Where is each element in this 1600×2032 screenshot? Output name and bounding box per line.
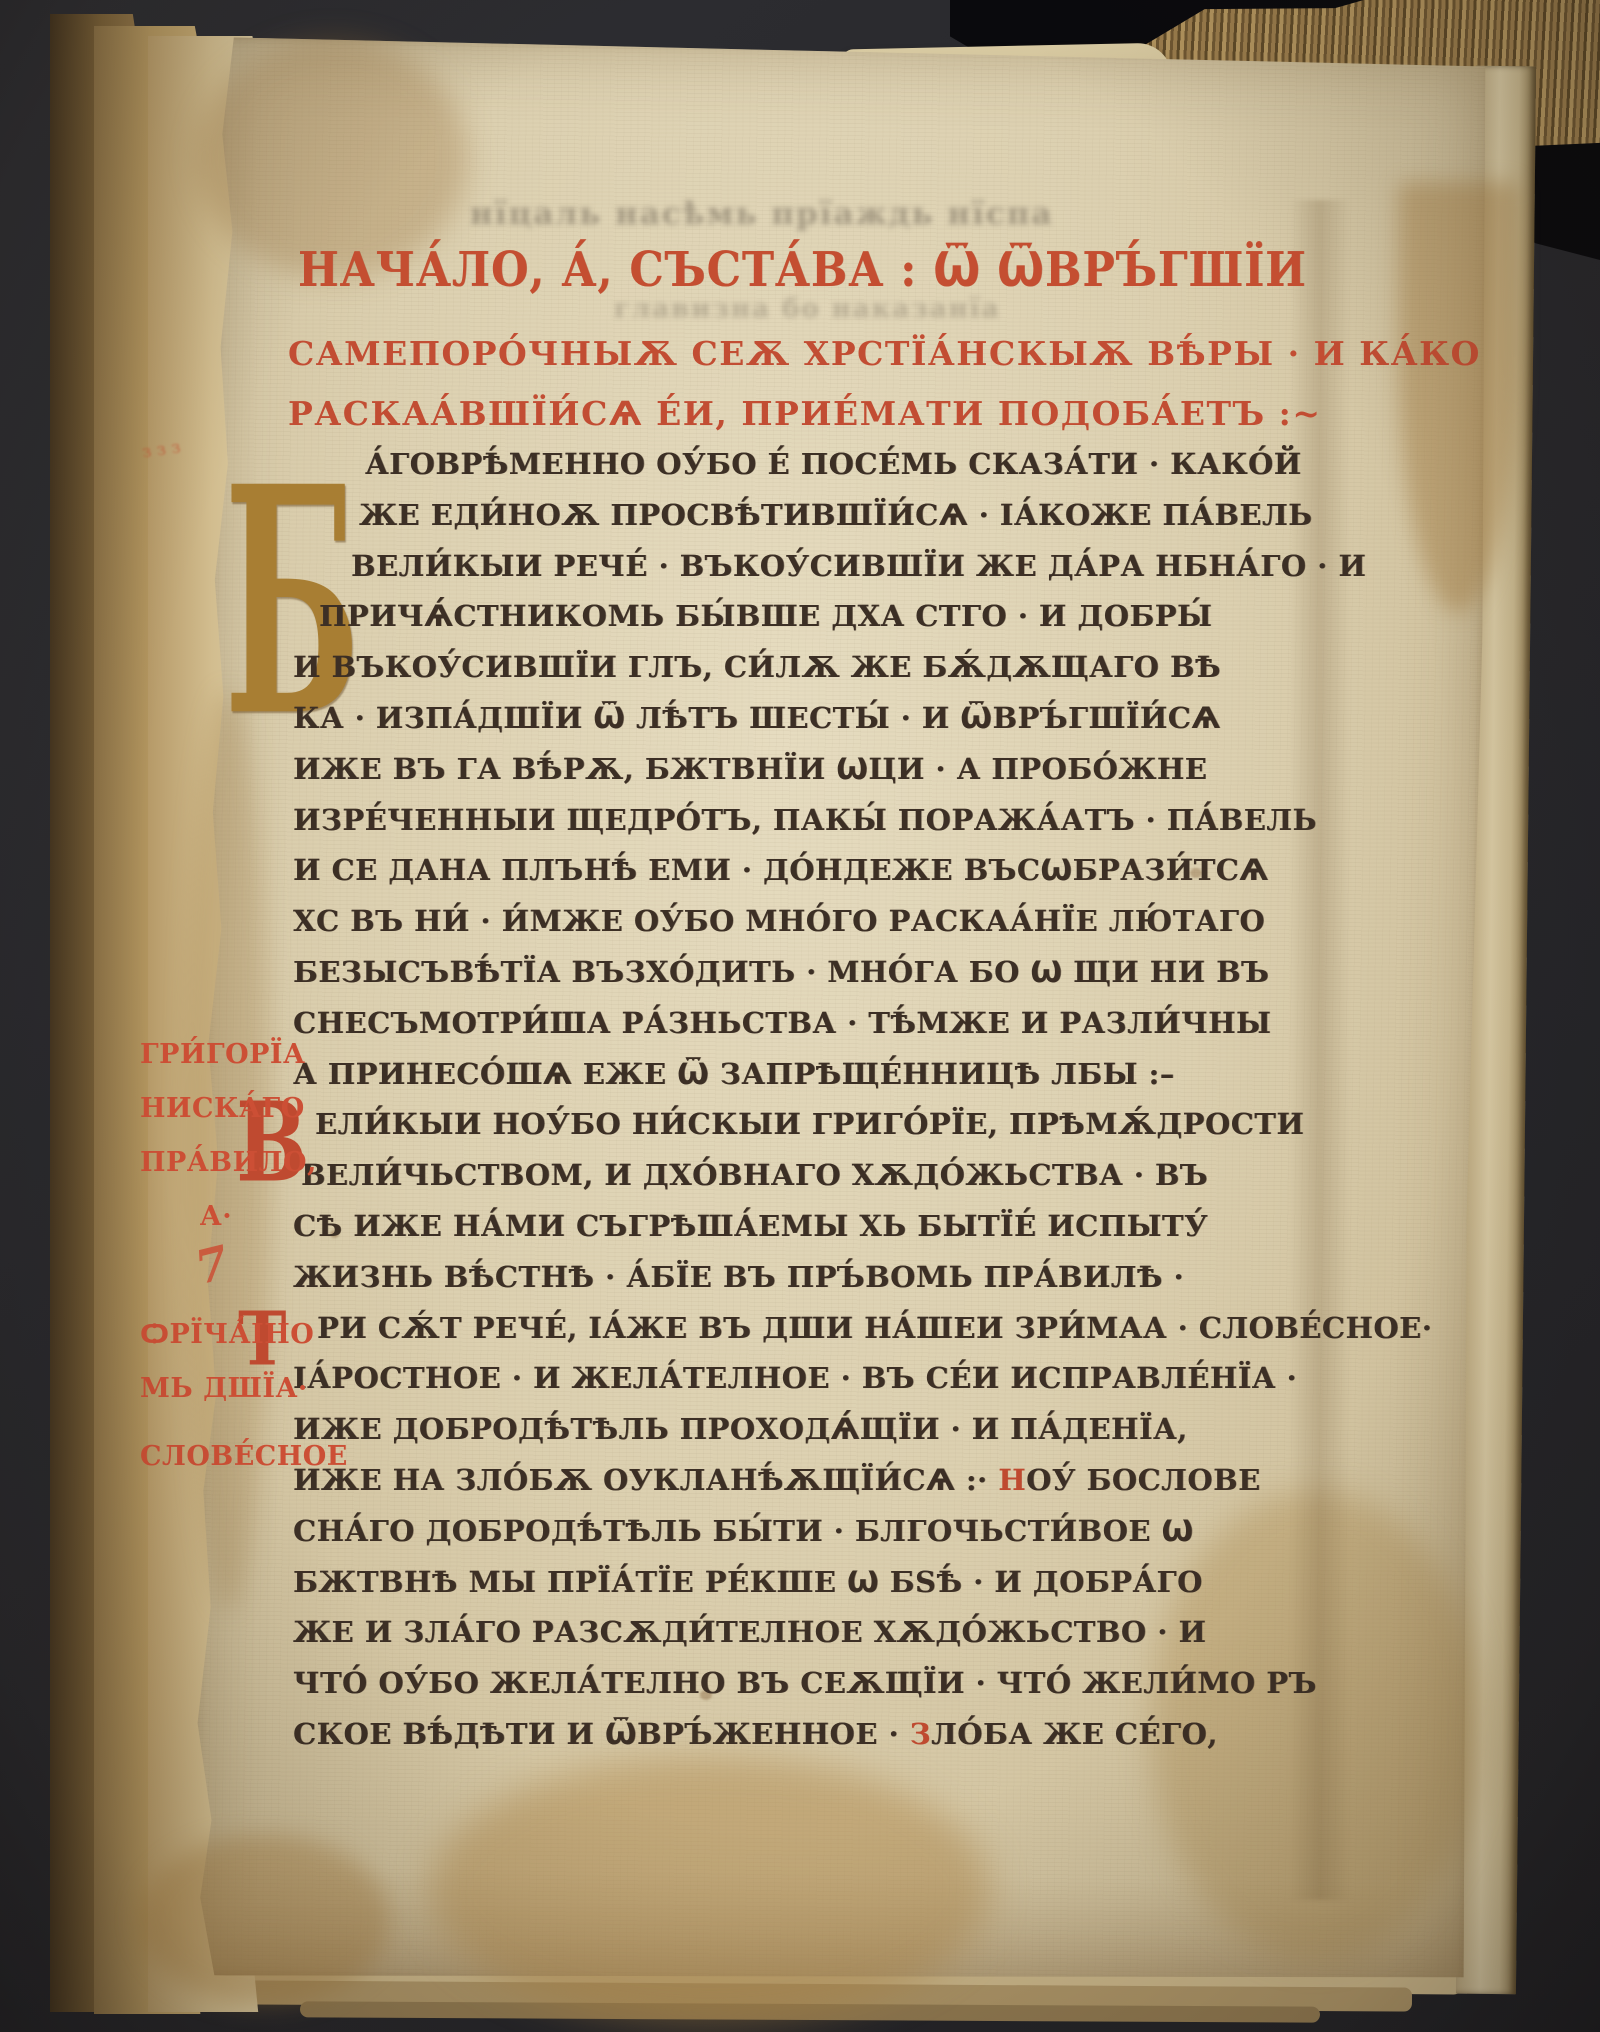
- text-line: ИЖЕ ВЪ ГА ВѢ́РѪ, БЖТВНЇИ ѠЦИ · А ПРОБО́Ж…: [293, 752, 1433, 803]
- text-line: СНЕСЪМОТРИ́ША РА́ЗНЬСТВА · ТѢ́МЖЕ И РАЗЛ…: [293, 1006, 1433, 1057]
- text-segment: БЕЗЫСЪВѢ́ТЇА ВЪЗХО́ДИТЬ · МНО́ГА БО Ѡ ЩИ…: [293, 955, 1269, 989]
- red-inline-initial: Н: [998, 1463, 1026, 1497]
- text-line: ЖИЗНЬ ВѢ́СТНѢ · А́БЇЕ ВЪ ПРЪ́ВОМЬ ПРА́ВИ…: [293, 1260, 1433, 1311]
- text-segment: СѢ ИЖЕ НА́МИ СЪГРѢША́ЕМЫ ХЬ БЫТЇЕ́ ИСПЫТ…: [293, 1209, 1208, 1243]
- margin-note-line: МЬ ДШЇА·: [140, 1362, 292, 1416]
- text-line: ИЖЕ НА ЗЛО́БѪ ОУКЛАНѢ́ѪЩЇИ́СѦ :· НОУ́ БО…: [293, 1463, 1433, 1514]
- text-segment: ВЕЛИ́КЫИ РЕЧЕ́ · ВЪКОУ́СИВШЇИ ЖЕ ДА́РА Н…: [351, 549, 1366, 583]
- text-segment: И ВЪКОУ́СИВШЇИ ГЛЪ, СИ́ЛѪ ЖЕ БѪ́ДѪЩАГО В…: [293, 650, 1221, 684]
- rubric-heading-line-1: НАЧА́ЛО, А́, СЪСТА́ВА : Ѿ ѾВРЪ́ГШЇИ: [298, 243, 1307, 298]
- text-line: А ПРИНЕСО́ШѦ ЕЖЕ Ѿ ЗАПРѢЩЕ́ННИЦѢ ЛБЫ :–: [293, 1057, 1433, 1108]
- text-line: СѢ ИЖЕ НА́МИ СЪГРѢША́ЕМЫ ХЬ БЫТЇЕ́ ИСПЫТ…: [293, 1209, 1433, 1260]
- text-segment: ВЕЛИ́ЧЬСТВОМ, И ДХО́ВНАГО ХѪДО́ЖЬСТВА · …: [301, 1158, 1208, 1192]
- margin-note-soul: ѺРЇЧА́ІНО МЬ ДШЇА·: [140, 1308, 292, 1416]
- text-segment: БЖТВНѢ МЫ ПРЇА́ТЇЕ РЕ́КШЕ Ѡ БЅѢ́ · И ДОБ…: [293, 1565, 1203, 1599]
- text-segment: ИЖЕ ВЪ ГА ВѢ́РѪ, БЖТВНЇИ ѠЦИ · А ПРОБО́Ж…: [293, 752, 1207, 786]
- text-segment: ЛО́БА ЖЕ СЕ́ГО,: [931, 1717, 1218, 1751]
- text-segment: ИЖЕ НА ЗЛО́БѪ ОУКЛАНѢ́ѪЩЇИ́СѦ :·: [293, 1463, 998, 1497]
- text-segment: ХС ВЪ НИ́ · И́МЖЕ ОУ́БО МНО́ГО РАСКАА́НЇ…: [293, 904, 1265, 938]
- text-segment: А́ГОВРѢ́МЕННО ОУ́БО Е́ ПОСЕ́МЬ СКАЗА́ТИ …: [365, 447, 1302, 481]
- text-segment: ЖЕ ЕДИ́НОѪ ПРОСВѢ́ТИВШЇИ́СѦ · ІА́КОЖЕ ПА…: [359, 498, 1313, 532]
- text-segment: ЖЕ И ЗЛА́ГО РАЗСѪДИ́ТЕЛНОЕ ХѪДО́ЖЬСТВО ·…: [293, 1615, 1206, 1649]
- text-line: ВЕЛИ́КЫИ РЕЧЕ́ · ВЪКОУ́СИВШЇИ ЖЕ ДА́РА Н…: [293, 549, 1433, 600]
- margin-note-line: ѺРЇЧА́ІНО: [140, 1308, 292, 1362]
- text-line: СНА́ГО ДОБРОДѢ́ТѢЛЬ БЫ́ТИ · БЛГОЧЬСТИ́ВО…: [293, 1514, 1433, 1565]
- text-line: ЧТО́ ОУ́БО ЖЕЛА́ТЕЛНО ВЪ СЕѪЩЇИ · ЧТО́ Ж…: [293, 1666, 1433, 1717]
- text-line: СКОЕ ВѢ́ДѢТИ И ѾВРЪ́ЖЕННОЕ · ЗЛО́БА ЖЕ С…: [293, 1717, 1433, 1768]
- text-line: И СЕ ДАНА ПЛЪНѢ́ ЕМИ · ДО́НДЕЖЕ ВЪСѠБРАЗ…: [293, 853, 1433, 904]
- text-line: ХС ВЪ НИ́ · И́МЖЕ ОУ́БО МНО́ГО РАСКАА́НЇ…: [293, 904, 1433, 955]
- text-line: БЕЗЫСЪВѢ́ТЇА ВЪЗХО́ДИТЬ · МНО́ГА БО Ѡ ЩИ…: [293, 955, 1433, 1006]
- text-line: ЖЕ ЕДИ́НОѪ ПРОСВѢ́ТИВШЇИ́СѦ · ІА́КОЖЕ ПА…: [293, 498, 1433, 549]
- text-line: А́ГОВРѢ́МЕННО ОУ́БО Е́ ПОСЕ́МЬ СКАЗА́ТИ …: [293, 447, 1433, 498]
- text-segment: ЧТО́ ОУ́БО ЖЕЛА́ТЕЛНО ВЪ СЕѪЩЇИ · ЧТО́ Ж…: [293, 1666, 1317, 1700]
- text-segment: ИЖЕ ДОБРОДѢ́ТѢЛЬ ПРОХОДѦ́ЩЇИ · И ПА́ДЕНЇ…: [293, 1412, 1188, 1446]
- margin-note-line: ПРА́ВИЛО,: [140, 1136, 292, 1190]
- text-line: ІА́РОСТНОЕ · И ЖЕЛА́ТЕЛНОЕ · ВЪ СЕ́И ИСП…: [293, 1361, 1433, 1412]
- margin-note-slovesnoe: СЛОВЕ́СНОЕ: [140, 1430, 292, 1484]
- text-line: ЕЛИ́КЫИ НОУ́БО НИ́СКЫИ ГРИГО́РЇЕ, ПРѢМѪ́…: [293, 1107, 1433, 1158]
- manuscript-photo: нїцаль насѣмь прїаждь нїспа главизна бо …: [0, 0, 1600, 2032]
- rubric-heading-line-2: САМЕПОРО́ЧНЫѪ СЕѪ ХРСТЇА́НСКЫѪ ВѢ́РЫ · И…: [288, 334, 1481, 373]
- text-segment: ЕЛИ́КЫИ НОУ́БО НИ́СКЫИ ГРИГО́РЇЕ, ПРѢМѪ́…: [315, 1107, 1304, 1141]
- text-segment: ОУ́ БОСЛОВЕ: [1026, 1463, 1261, 1497]
- text-line: ИЖЕ ДОБРОДѢ́ТѢЛЬ ПРОХОДѦ́ЩЇИ · И ПА́ДЕНЇ…: [293, 1412, 1433, 1463]
- body-text: А́ГОВРѢ́МЕННО ОУ́БО Е́ ПОСЕ́МЬ СКАЗА́ТИ …: [293, 447, 1433, 1768]
- text-segment: ЖИЗНЬ ВѢ́СТНѢ · А́БЇЕ ВЪ ПРЪ́ВОМЬ ПРА́ВИ…: [293, 1260, 1184, 1294]
- text-line: ВЕЛИ́ЧЬСТВОМ, И ДХО́ВНАГО ХѪДО́ЖЬСТВА · …: [293, 1158, 1433, 1209]
- margin-note-gregory: ГРИ́ГОРЇА НИСКА́ГО ПРА́ВИЛО, А·: [140, 1028, 292, 1244]
- text-segment: СНЕСЪМОТРИ́ША РА́ЗНЬСТВА · ТѢ́МЖЕ И РАЗЛ…: [293, 1006, 1271, 1040]
- text-segment: СНА́ГО ДОБРОДѢ́ТѢЛЬ БЫ́ТИ · БЛГОЧЬСТИ́ВО…: [293, 1514, 1194, 1548]
- text-line: И ВЪКОУ́СИВШЇИ ГЛЪ, СИ́ЛѪ ЖЕ БѪ́ДѪЩАГО В…: [293, 650, 1433, 701]
- text-line: БЖТВНѢ МЫ ПРЇА́ТЇЕ РЕ́КШЕ Ѡ БЅѢ́ · И ДОБ…: [293, 1565, 1433, 1616]
- text-segment: РИ СѪ́Т РЕЧЕ́, ІА́ЖЕ ВЪ ДШИ НА́ШЕИ ЗРИ́М…: [317, 1311, 1432, 1345]
- text-segment: И СЕ ДАНА ПЛЪНѢ́ ЕМИ · ДО́НДЕЖЕ ВЪСѠБРАЗ…: [293, 853, 1269, 887]
- text-segment: СКОЕ ВѢ́ДѢТИ И ѾВРЪ́ЖЕННОЕ ·: [293, 1717, 910, 1751]
- text-line: ИЗРЕ́ЧЕННЫИ ЩЕДРО́ТЪ, ПАКЫ́ ПОРАЖА́АТЪ ·…: [293, 803, 1433, 854]
- red-inline-initial: З: [910, 1717, 931, 1751]
- margin-note-line: ГРИ́ГОРЇА: [140, 1028, 292, 1082]
- text-line: КА · ИЗПА́ДШЇИ Ѿ ЛѢ́ТЪ ШЕСТЫ́ · И ѾВРЪ́Г…: [293, 701, 1433, 752]
- rubric-heading-line-3: РАСКАА́ВШЇИ́СѦ Е́И, ПРИЕ́МАТИ ПОДОБА́ЕТЪ…: [288, 394, 1322, 433]
- page-bottom-shading: [192, 1865, 1465, 1993]
- text-segment: А ПРИНЕСО́ШѦ ЕЖЕ Ѿ ЗАПРѢЩЕ́ННИЦѢ ЛБЫ :–: [293, 1057, 1175, 1091]
- text-segment: ПРИЧѦ́СТНИКОМЬ БЫ́ВШЕ ДХА СТГО · И ДОБРЫ…: [319, 599, 1212, 633]
- text-line: ЖЕ И ЗЛА́ГО РАЗСѪДИ́ТЕЛНОЕ ХѪДО́ЖЬСТВО ·…: [293, 1615, 1433, 1666]
- text-line: ПРИЧѦ́СТНИКОМЬ БЫ́ВШЕ ДХА СТГО · И ДОБРЫ…: [293, 599, 1433, 650]
- margin-note-line: НИСКА́ГО: [140, 1082, 292, 1136]
- text-segment: ІА́РОСТНОЕ · И ЖЕЛА́ТЕЛНОЕ · ВЪ СЕ́И ИСП…: [293, 1361, 1297, 1395]
- text-line: РИ СѪ́Т РЕЧЕ́, ІА́ЖЕ ВЪ ДШИ НА́ШЕИ ЗРИ́М…: [293, 1311, 1433, 1362]
- text-segment: КА · ИЗПА́ДШЇИ Ѿ ЛѢ́ТЪ ШЕСТЫ́ · И ѾВРЪ́Г…: [293, 701, 1221, 735]
- text-segment: ИЗРЕ́ЧЕННЫИ ЩЕДРО́ТЪ, ПАКЫ́ ПОРАЖА́АТЪ ·…: [293, 803, 1317, 837]
